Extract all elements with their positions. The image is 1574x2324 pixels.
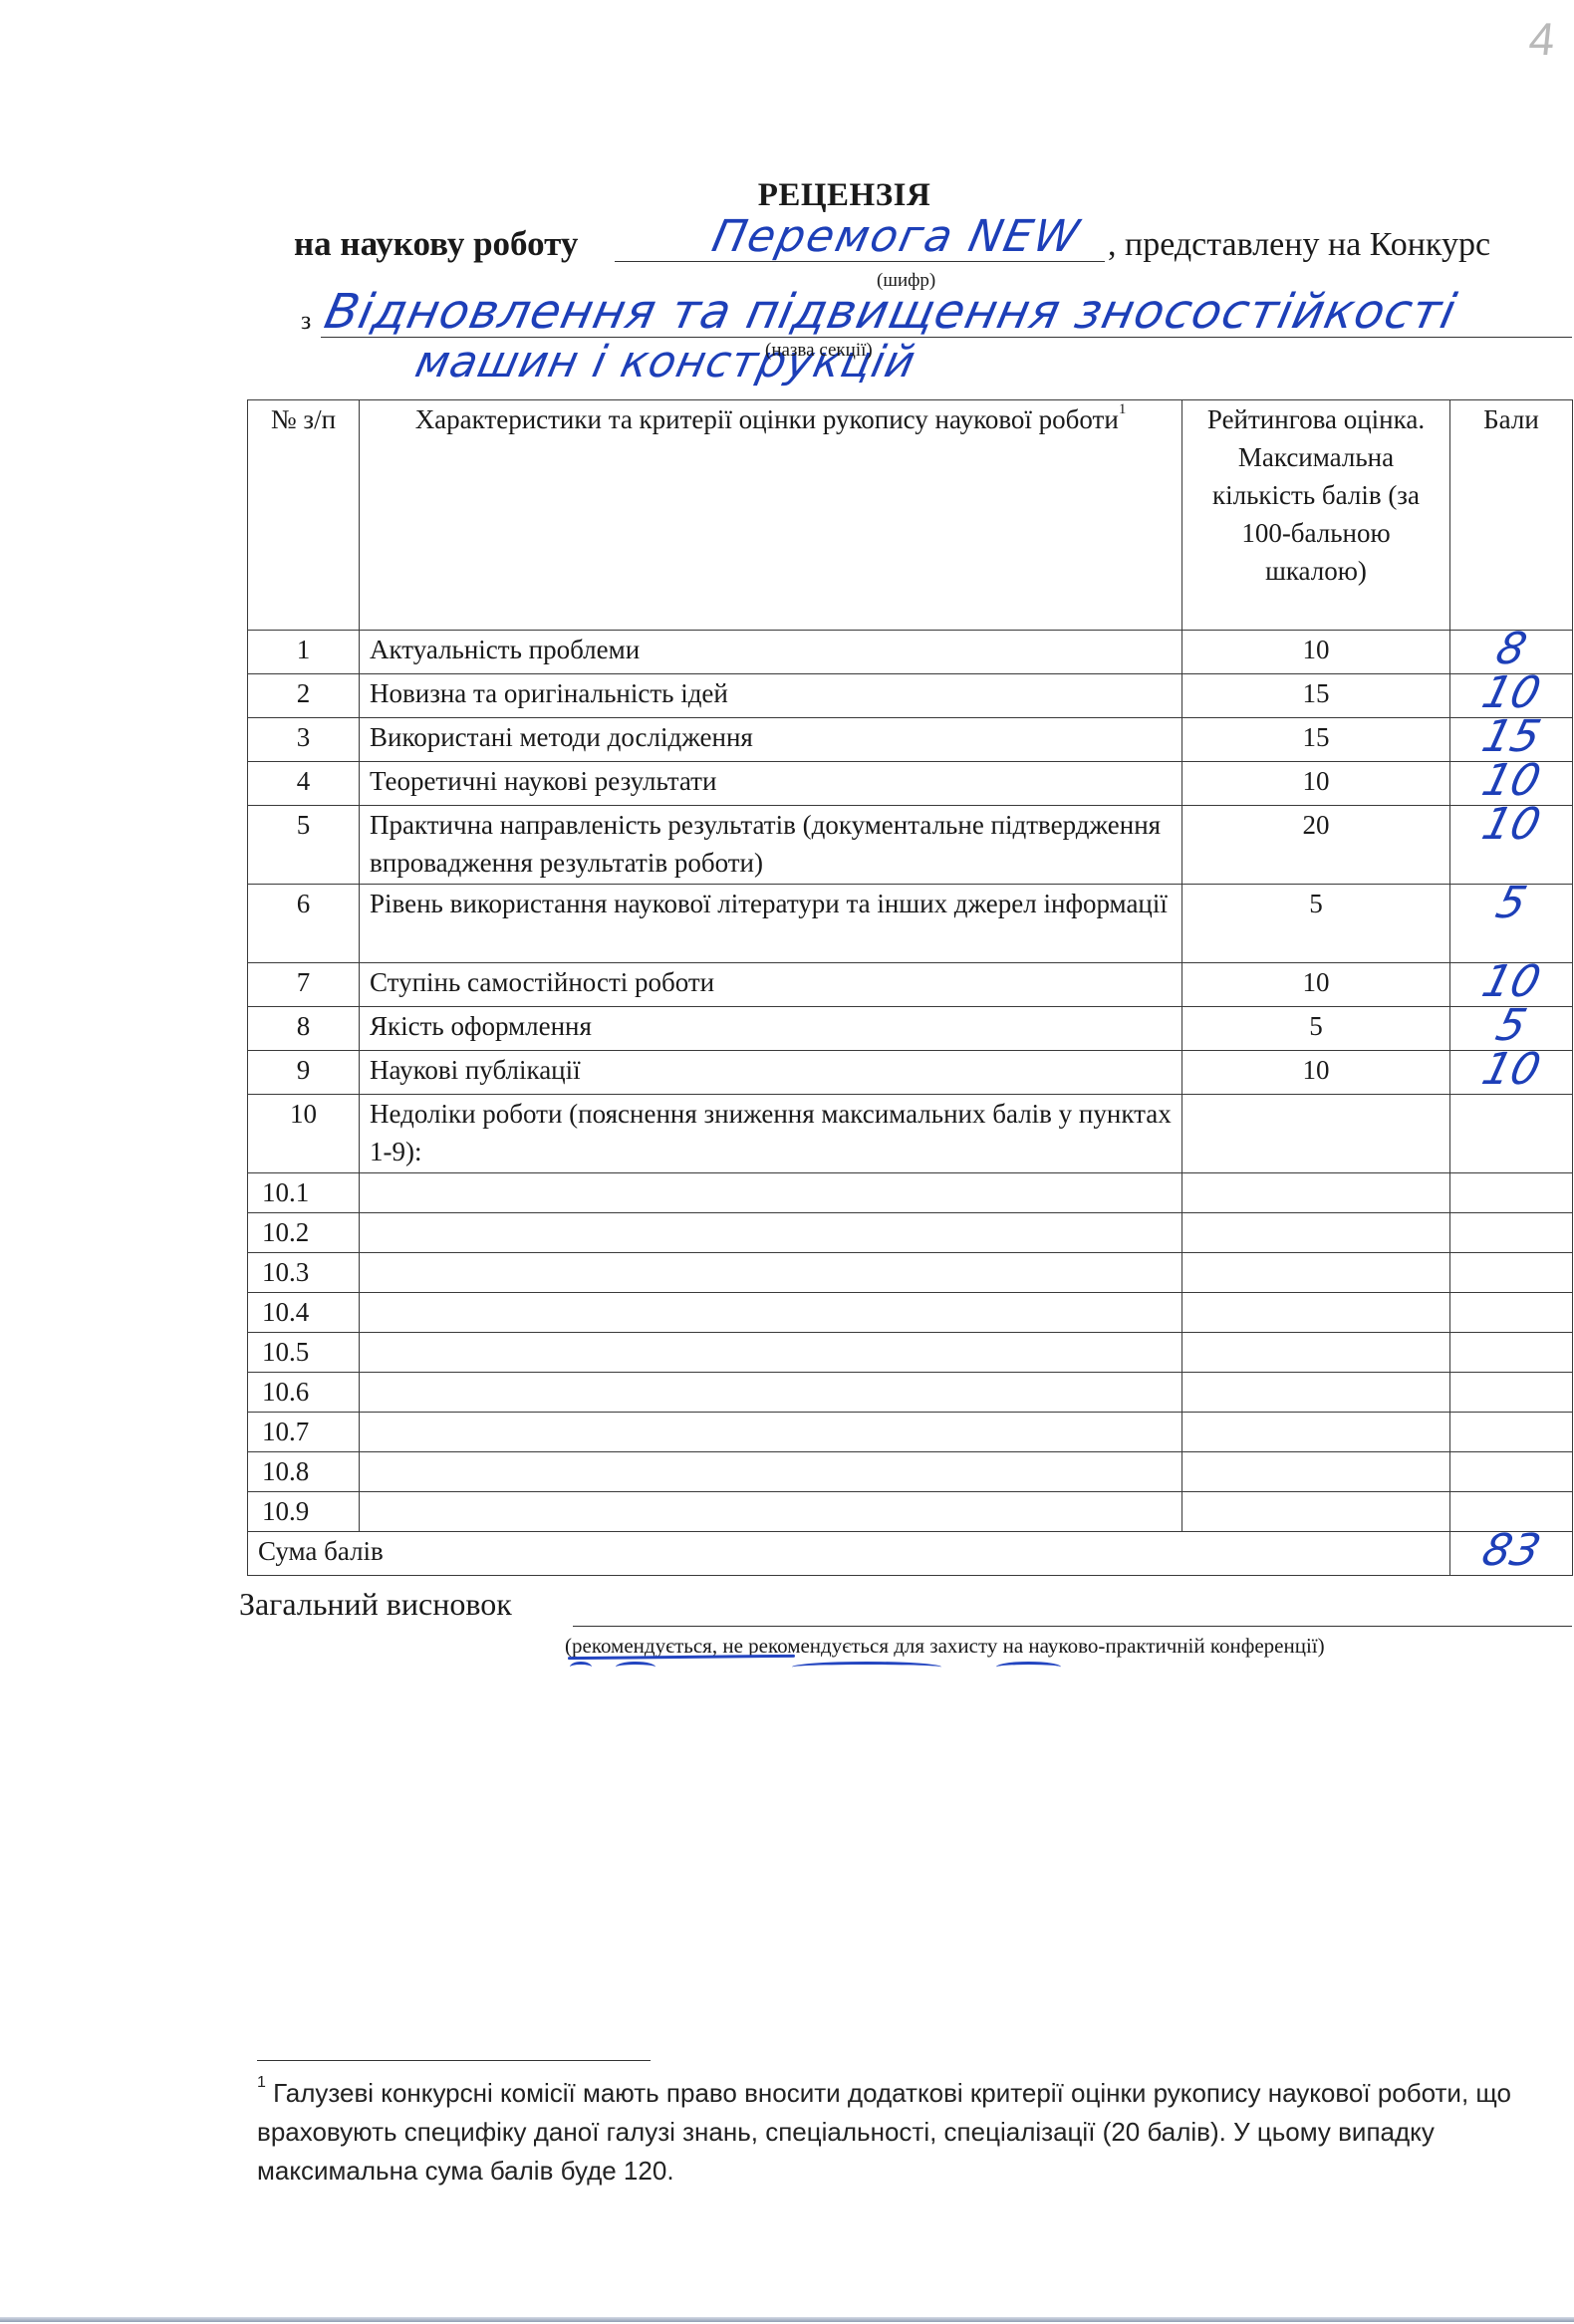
row-score-value: 10	[1478, 762, 1543, 800]
header-criteria: Характеристики та критерії оцінки рукопи…	[360, 400, 1182, 631]
table-row: 6Рівень використання наукової літератури…	[248, 885, 1573, 963]
cipher-field[interactable]: Перемога NEW	[708, 211, 1085, 262]
row-number: 9	[248, 1051, 360, 1095]
subrow-note-field[interactable]	[360, 1492, 1182, 1532]
row-number: 1	[248, 631, 360, 674]
row-score-value: 5	[1492, 885, 1529, 922]
intro-suffix: , представлену на Конкурс	[1108, 226, 1490, 264]
row-score-value: 5	[1492, 1007, 1529, 1045]
row-score-field[interactable]: 10	[1450, 1051, 1573, 1095]
row-criterion: Новизна та оригінальність ідей	[360, 674, 1182, 718]
row-criterion: Наукові публікації	[360, 1051, 1182, 1095]
evaluation-table: № з/п Характеристики та критерії оцінки …	[247, 399, 1573, 1576]
subrow-score-field[interactable]	[1450, 1213, 1573, 1253]
subrow-score-field[interactable]	[1450, 1333, 1573, 1373]
row-max-score: 15	[1182, 674, 1450, 718]
section-caption: (назва секції)	[765, 340, 873, 362]
table-row: 7Ступінь самостійності роботи1010	[248, 963, 1573, 1007]
scan-edge	[0, 2317, 1574, 2322]
row-score-field[interactable]: 5	[1450, 885, 1573, 963]
row-criterion: Ступінь самостійності роботи	[360, 963, 1182, 1007]
sum-score-field[interactable]: 83	[1450, 1532, 1573, 1576]
ink-fragment	[792, 1662, 941, 1673]
table-row: 10Недоліки роботи (пояснення зниження ма…	[248, 1095, 1573, 1173]
subrow-note-field[interactable]	[360, 1452, 1182, 1492]
table-row: 2Новизна та оригінальність ідей1510	[248, 674, 1573, 718]
table-subrow: 10.4	[248, 1293, 1573, 1333]
subrow-number: 10.6	[248, 1373, 360, 1413]
table-subrow: 10.9	[248, 1492, 1573, 1532]
row-max-score	[1182, 1095, 1450, 1173]
row-score-value: 10	[1478, 674, 1543, 712]
table-row: 8Якість оформлення55	[248, 1007, 1573, 1051]
ink-fragment	[616, 1662, 656, 1673]
subrow-max-field[interactable]	[1182, 1293, 1450, 1333]
subrow-number: 10.2	[248, 1213, 360, 1253]
row-number: 3	[248, 718, 360, 762]
subrow-score-field[interactable]	[1450, 1452, 1573, 1492]
page-number-mark: 4	[1526, 12, 1557, 66]
table-subrow: 10.7	[248, 1413, 1573, 1452]
subrow-max-field[interactable]	[1182, 1173, 1450, 1213]
subrow-score-field[interactable]	[1450, 1373, 1573, 1413]
row-number: 6	[248, 885, 360, 963]
row-score-value: 10	[1478, 806, 1543, 844]
table-row: 1Актуальність проблеми108	[248, 631, 1573, 674]
row-number: 8	[248, 1007, 360, 1051]
row-max-score: 15	[1182, 718, 1450, 762]
table-subrow: 10.5	[248, 1333, 1573, 1373]
table-row: 4Теоретичні наукові результати1010	[248, 762, 1573, 806]
table-subrow: 10.2	[248, 1213, 1573, 1253]
sum-row: Сума балів83	[248, 1532, 1573, 1576]
table-subrow: 10.3	[248, 1253, 1573, 1293]
subrow-number: 10.7	[248, 1413, 360, 1452]
subrow-note-field[interactable]	[360, 1213, 1182, 1253]
table-subrow: 10.6	[248, 1373, 1573, 1413]
row-criterion: Недоліки роботи (пояснення зниження макс…	[360, 1095, 1182, 1173]
subrow-note-field[interactable]	[360, 1333, 1182, 1373]
subrow-note-field[interactable]	[360, 1413, 1182, 1452]
row-score-value: 10	[1478, 1051, 1543, 1089]
row-number: 7	[248, 963, 360, 1007]
subrow-max-field[interactable]	[1182, 1492, 1450, 1532]
conclusion-field[interactable]	[573, 1626, 1572, 1627]
row-criterion: Рівень використання наукової літератури …	[360, 885, 1182, 963]
subrow-number: 10.1	[248, 1173, 360, 1213]
table-header-row: № з/п Характеристики та критерії оцінки …	[248, 400, 1573, 631]
section-prefix: з	[301, 306, 311, 336]
ink-fragment	[570, 1662, 592, 1673]
subrow-note-field[interactable]	[360, 1173, 1182, 1213]
footnote: 1 Галузеві конкурсні комісії мають право…	[257, 2074, 1562, 2191]
row-criterion: Практична направленість результатів (док…	[360, 806, 1182, 885]
row-number: 10	[248, 1095, 360, 1173]
row-score-value: 15	[1478, 718, 1543, 756]
sum-label: Сума балів	[248, 1532, 1450, 1576]
ink-fragment	[996, 1662, 1061, 1673]
row-score-value: 8	[1492, 631, 1529, 668]
subrow-max-field[interactable]	[1182, 1452, 1450, 1492]
table-row: 3Використані методи дослідження1515	[248, 718, 1573, 762]
row-criterion: Якість оформлення	[360, 1007, 1182, 1051]
row-score-field[interactable]	[1450, 1095, 1573, 1173]
subrow-max-field[interactable]	[1182, 1253, 1450, 1293]
subrow-note-field[interactable]	[360, 1253, 1182, 1293]
sum-score-value: 83	[1478, 1532, 1543, 1570]
subrow-max-field[interactable]	[1182, 1373, 1450, 1413]
subrow-max-field[interactable]	[1182, 1213, 1450, 1253]
subrow-note-field[interactable]	[360, 1293, 1182, 1333]
row-score-value: 10	[1478, 963, 1543, 1001]
row-max-score: 10	[1182, 963, 1450, 1007]
subrow-number: 10.3	[248, 1253, 360, 1293]
subrow-score-field[interactable]	[1450, 1173, 1573, 1213]
header-score: Бали	[1450, 400, 1573, 631]
row-number: 2	[248, 674, 360, 718]
row-score-field[interactable]: 10	[1450, 806, 1573, 885]
row-max-score: 20	[1182, 806, 1450, 885]
conclusion-label: Загальний висновок	[239, 1586, 512, 1623]
document-title: РЕЦЕНЗІЯ	[0, 177, 1574, 214]
subrow-max-field[interactable]	[1182, 1413, 1450, 1452]
row-criterion: Актуальність проблеми	[360, 631, 1182, 674]
header-num: № з/п	[248, 400, 360, 631]
row-max-score: 10	[1182, 631, 1450, 674]
subrow-number: 10.8	[248, 1452, 360, 1492]
subrow-score-field[interactable]	[1450, 1293, 1573, 1333]
section-field-line1[interactable]: Відновлення та підвищення зносостійкості	[320, 284, 1461, 340]
table-row: 5Практична направленість результатів (до…	[248, 806, 1573, 885]
table-subrow: 10.8	[248, 1452, 1573, 1492]
row-max-score: 10	[1182, 762, 1450, 806]
footnote-ref: 1	[1119, 401, 1127, 417]
subrow-max-field[interactable]	[1182, 1333, 1450, 1373]
row-criterion: Використані методи дослідження	[360, 718, 1182, 762]
subrow-number: 10.4	[248, 1293, 360, 1333]
row-max-score: 10	[1182, 1051, 1450, 1095]
row-number: 5	[248, 806, 360, 885]
row-max-score: 5	[1182, 1007, 1450, 1051]
footnote-separator	[257, 2060, 651, 2061]
subrow-note-field[interactable]	[360, 1373, 1182, 1413]
row-criterion: Теоретичні наукові результати	[360, 762, 1182, 806]
header-max-score: Рейтингова оцінка. Максимальна кількість…	[1182, 400, 1450, 631]
subrow-number: 10.5	[248, 1333, 360, 1373]
table-subrow: 10.1	[248, 1173, 1573, 1213]
row-max-score: 5	[1182, 885, 1450, 963]
subrow-number: 10.9	[248, 1492, 360, 1532]
row-number: 4	[248, 762, 360, 806]
subrow-score-field[interactable]	[1450, 1253, 1573, 1293]
table-row: 9Наукові публікації1010	[248, 1051, 1573, 1095]
intro-label: на наукову роботу	[294, 224, 578, 264]
subrow-score-field[interactable]	[1450, 1413, 1573, 1452]
